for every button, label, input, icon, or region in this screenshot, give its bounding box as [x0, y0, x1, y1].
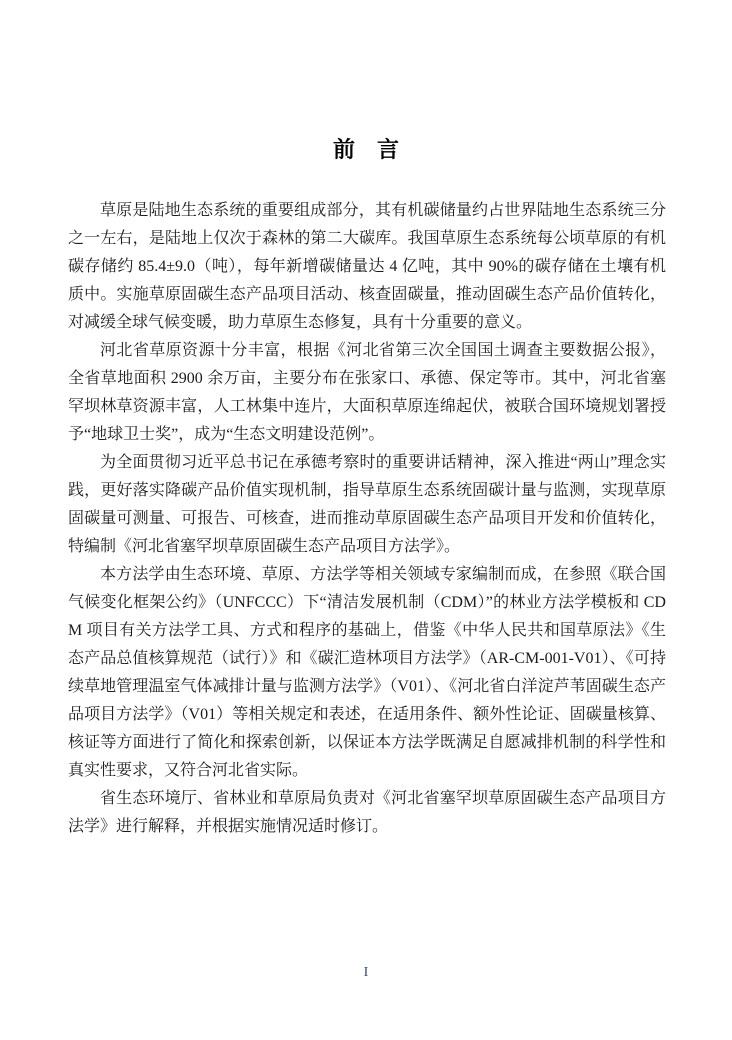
paragraph: 草原是陆地生态系统的重要组成部分，其有机碳储量约占世界陆地生态系统三分之一左右，…: [68, 197, 666, 337]
paragraph: 本方法学由生态环境、草原、方法学等相关领域专家编制而成，在参照《联合国气候变化框…: [68, 561, 666, 785]
document-page: 前 言 草原是陆地生态系统的重要组成部分，其有机碳储量约占世界陆地生态系统三分之…: [0, 0, 732, 1040]
page-title: 前 言: [0, 0, 732, 163]
paragraph: 河北省草原资源十分丰富，根据《河北省第三次全国国土调查主要数据公报》，全省草地面…: [68, 337, 666, 449]
paragraph: 省生态环境厅、省林业和草原局负责对《河北省塞罕坝草原固碳生态产品项目方法学》进行…: [68, 785, 666, 841]
paragraph: 为全面贯彻习近平总书记在承德考察时的重要讲话精神，深入推进“两山”理念实践，更好…: [68, 449, 666, 561]
document-body: 草原是陆地生态系统的重要组成部分，其有机碳储量约占世界陆地生态系统三分之一左右，…: [68, 197, 666, 841]
page-number: I: [0, 965, 732, 981]
